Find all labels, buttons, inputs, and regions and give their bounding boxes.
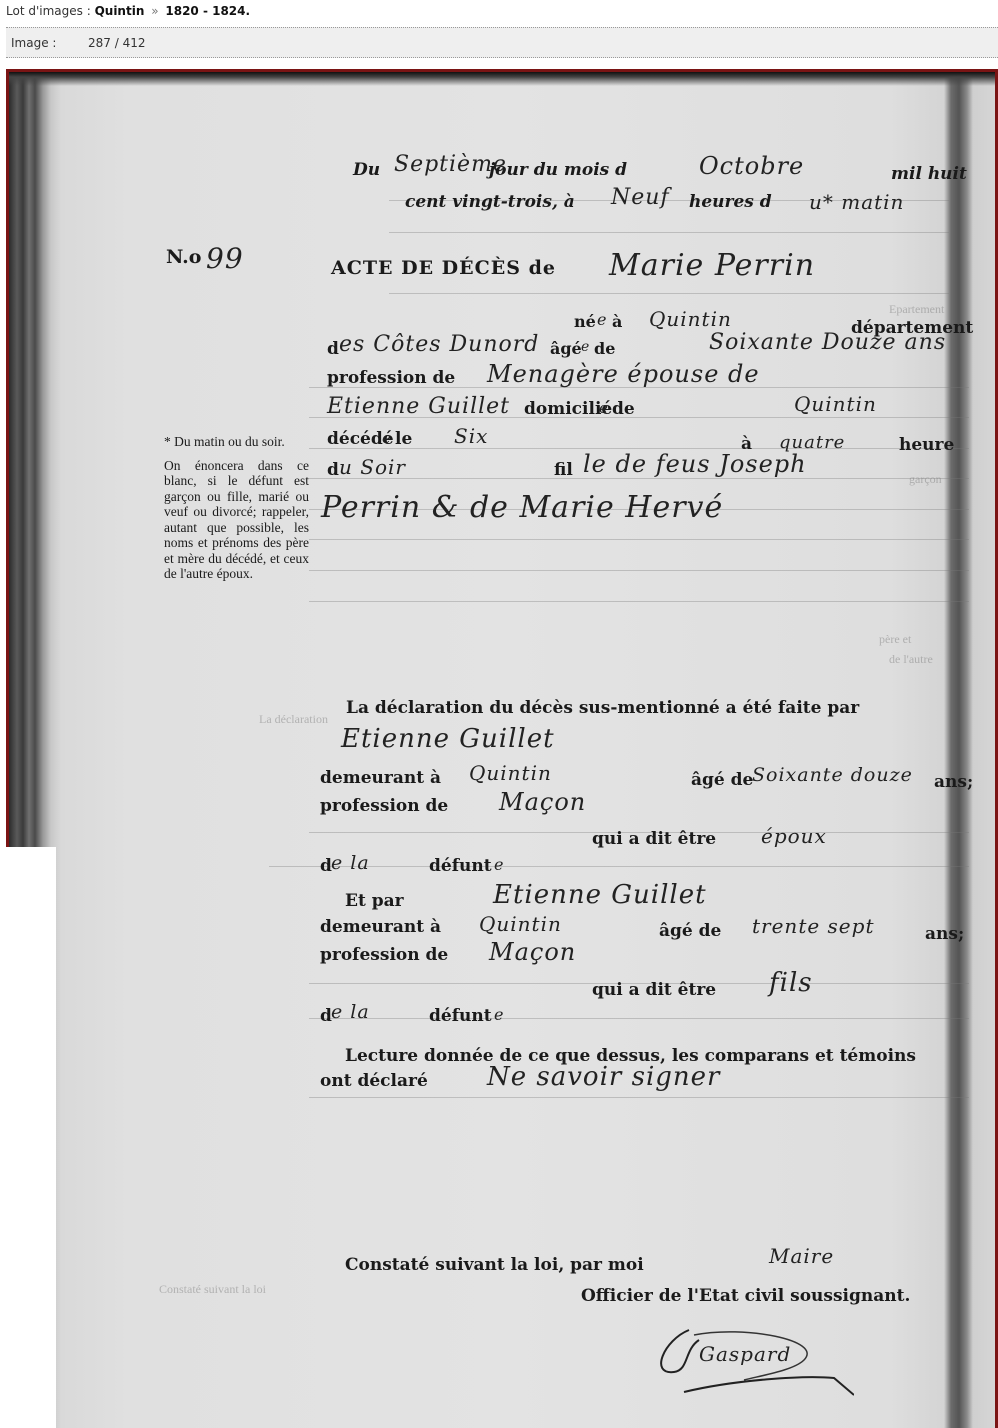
breadcrumb-separator: » — [151, 4, 158, 18]
handwritten-declarant2-profession: Maçon — [489, 938, 576, 966]
handwritten-declarant2-relation: fils — [769, 968, 813, 998]
handwritten-fil-suffix: le de feus Joseph — [583, 450, 807, 478]
breadcrumb: Lot d'images : Quintin » 1820 - 1824. — [6, 3, 250, 19]
handwritten-declarant1-relation: époux — [761, 824, 827, 848]
bleed-through-text: père et — [879, 632, 911, 647]
handwritten-death-day: Six — [454, 424, 488, 448]
printed-demeurant-a-2: demeurant à — [320, 917, 441, 937]
handwritten-profession: Menagère épouse de — [487, 360, 760, 388]
printed-jour-du-mois: jour du mois d — [489, 160, 627, 180]
printed-defunt-1: défunt — [429, 856, 492, 876]
printed-qui-a-dit-etre-1: qui a dit être — [592, 829, 716, 849]
printed-declaration-intro: La déclaration du décès sus-mentionné a … — [346, 698, 859, 718]
handwritten-declarant1-residence: Quintin — [469, 761, 552, 785]
handwritten-department: es Côtes Dunord — [339, 332, 539, 357]
printed-ans-1: ans; — [934, 772, 973, 792]
handwritten-decede-suffix: e — [382, 429, 392, 447]
printed-le: le — [395, 429, 412, 449]
handwritten-declarant2-name: Etienne Guillet — [493, 880, 707, 910]
printed-mil-huit: mil huit — [891, 164, 967, 184]
printed-profession-de-1: profession de — [320, 796, 448, 816]
printed-profession-de-2: profession de — [320, 945, 448, 965]
handwritten-age: Soixante Douze ans — [709, 330, 946, 355]
margin-note-instructions: On énoncera dans ce blanc, si le défunt … — [164, 458, 309, 582]
handwritten-maire: Maire — [769, 1244, 834, 1268]
handwritten-ne-suffix: e — [597, 310, 607, 329]
margin-instructions: * Du matin ou du soir. On énoncera dans … — [164, 434, 309, 590]
printed-domicile-de: de — [612, 399, 635, 419]
handwritten-defunt-suffix-1: e — [494, 855, 504, 874]
handwritten-deceased-name: Marie Perrin — [609, 248, 815, 283]
image-counter-bar: Image : 287 / 412 — [6, 27, 998, 58]
printed-lecture-line2: ont déclaré — [320, 1071, 428, 1091]
printed-du-soir-d: d — [327, 460, 339, 480]
handwritten-declarant1-name: Etienne Guillet — [341, 724, 555, 754]
handwritten-soir: u Soir — [339, 455, 406, 479]
printed-et-par: Et par — [345, 891, 404, 911]
breadcrumb-collection-link[interactable]: Quintin — [95, 4, 145, 18]
handwritten-declarant1-profession: Maçon — [499, 788, 586, 816]
printed-du: Du — [353, 160, 380, 180]
handwritten-ne-savoir-signer: Ne savoir signer — [487, 1062, 720, 1092]
handwritten-declarant2-age: trente sept — [752, 914, 874, 938]
printed-defunt-2: défunt — [429, 1006, 492, 1026]
margin-note-asterisk: * Du matin ou du soir. — [164, 434, 309, 450]
handwritten-de-la-1: e la — [331, 852, 370, 874]
handwritten-matin: u* matin — [809, 190, 904, 214]
handwritten-defunt-suffix-2: e — [494, 1005, 504, 1024]
blank-overlay-region — [0, 847, 56, 1428]
printed-constate: Constaté suivant la loi, par moi — [345, 1255, 644, 1275]
handwritten-spouse: Etienne Guillet — [327, 394, 510, 419]
printed-cent-vingt-trois: cent vingt-trois, à — [405, 192, 575, 212]
bleed-through-text: Constaté suivant la loi — [159, 1282, 266, 1297]
handwritten-domicile-suffix: e — [599, 399, 609, 417]
breadcrumb-prefix: Lot d'images : — [6, 4, 91, 18]
officer-signature: Gaspard — [654, 1320, 854, 1400]
printed-officier: Officier de l'Etat civil soussignant. — [581, 1286, 910, 1306]
printed-heure: heure — [899, 435, 954, 455]
printed-ne: né — [574, 312, 596, 331]
handwritten-domicile: Quintin — [794, 392, 877, 416]
act-number: 99 — [206, 242, 244, 275]
printed-age-de: de — [594, 339, 615, 358]
act-number-label: N.o — [166, 246, 201, 268]
bleed-through-text: de l'autre — [889, 652, 933, 667]
printed-d: d — [327, 339, 339, 359]
printed-fil: fil — [554, 460, 573, 480]
printed-age: âgé — [550, 339, 582, 358]
printed-profession-de: profession de — [327, 368, 455, 388]
handwritten-birthplace: Quintin — [649, 307, 732, 331]
handwritten-parents: Perrin & de Marie Hervé — [321, 490, 723, 525]
handwritten-age-suffix: e — [581, 339, 590, 355]
handwritten-signature: Gaspard — [699, 1342, 791, 1366]
printed-a: à — [612, 312, 622, 331]
printed-demeurant-a-1: demeurant à — [320, 768, 441, 788]
printed-qui-a-dit-etre-2: qui a dit être — [592, 980, 716, 1000]
handwritten-de-la-2: e la — [331, 1001, 370, 1023]
image-counter-value: 287 / 412 — [88, 36, 145, 50]
image-counter-label: Image : — [11, 36, 56, 50]
printed-age-de-1: âgé de — [691, 770, 753, 790]
act-title: ACTE DE DÉCÈS de — [331, 257, 556, 279]
printed-age-de-2: âgé de — [659, 921, 721, 941]
bleed-through-text: Epartement — [889, 302, 944, 317]
printed-heures: heures d — [689, 192, 772, 212]
handwritten-declarant2-residence: Quintin — [479, 912, 562, 936]
bleed-through-text: La déclaration — [259, 712, 328, 727]
handwritten-declarant1-age: Soixante douze — [752, 764, 913, 786]
handwritten-hour: Neuf — [611, 185, 670, 210]
printed-ans-2: ans; — [925, 924, 964, 944]
handwritten-month: Octobre — [699, 152, 804, 180]
bleed-through-text: garçon — [909, 472, 942, 487]
image-viewer[interactable]: Epartement garçon père et de l'autre La … — [6, 69, 998, 1428]
scanned-register-page: Epartement garçon père et de l'autre La … — [9, 72, 995, 1428]
breadcrumb-period: 1820 - 1824. — [165, 4, 250, 18]
